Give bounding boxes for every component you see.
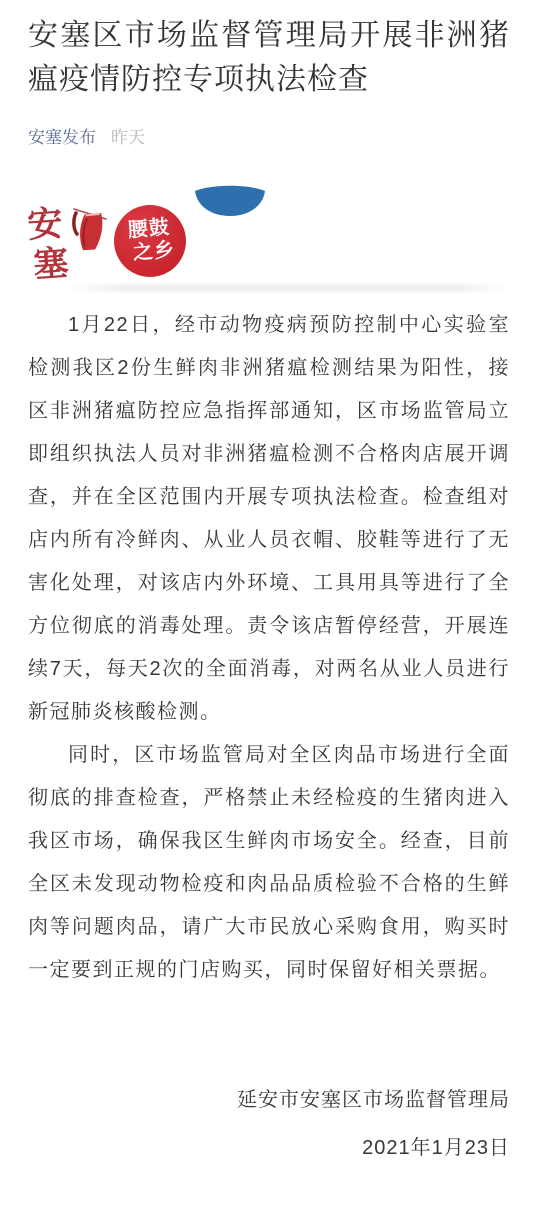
article-body: 1月22日，经市动物疫病预防控制中心实验室检测我区2份生鲜肉非洲猪瘟检测结果为阳…: [28, 304, 510, 992]
signature-date: 2021年1月23日: [28, 1124, 510, 1172]
article-image[interactable]: 安 塞 腰鼓 之乡: [28, 183, 510, 295]
blue-bowl-icon: [194, 183, 266, 217]
ansai-calligraphy: 安 塞: [26, 204, 67, 286]
paragraph-2: 同时，区市场监管局对全区肉品市场进行全面彻底的排查检查，严格禁止未经检疫的生猪肉…: [28, 734, 510, 992]
signature-org: 延安市安塞区市场监督管理局: [28, 1076, 510, 1124]
image-shadow: [68, 284, 510, 292]
waist-drum-icon: [72, 203, 108, 259]
article-page: 安塞区市场监督管理局开展非洲猪瘟疫情防控专项执法检查 安塞发布 昨天 安 塞 腰…: [0, 0, 538, 1224]
paragraph-1: 1月22日，经市动物疫病预防控制中心实验室检测我区2份生鲜肉非洲猪瘟检测结果为阳…: [28, 304, 510, 734]
account-name-link[interactable]: 安塞发布: [28, 126, 96, 150]
article-title: 安塞区市场监督管理局开展非洲猪瘟疫情防控专项执法检查: [28, 0, 510, 102]
badge-line2: 之乡: [132, 239, 176, 266]
yaogu-badge: 腰鼓 之乡: [114, 205, 186, 277]
badge-line1: 腰鼓: [127, 216, 171, 242]
byline: 安塞发布 昨天: [28, 126, 510, 150]
calligraphy-char: 塞: [32, 244, 70, 286]
publish-date: 昨天: [111, 126, 145, 150]
calligraphy-char: 安: [26, 204, 64, 246]
signature-block: 延安市安塞区市场监督管理局 2021年1月23日: [28, 1076, 510, 1172]
yaogu-badge-text: 腰鼓 之乡: [127, 216, 173, 265]
